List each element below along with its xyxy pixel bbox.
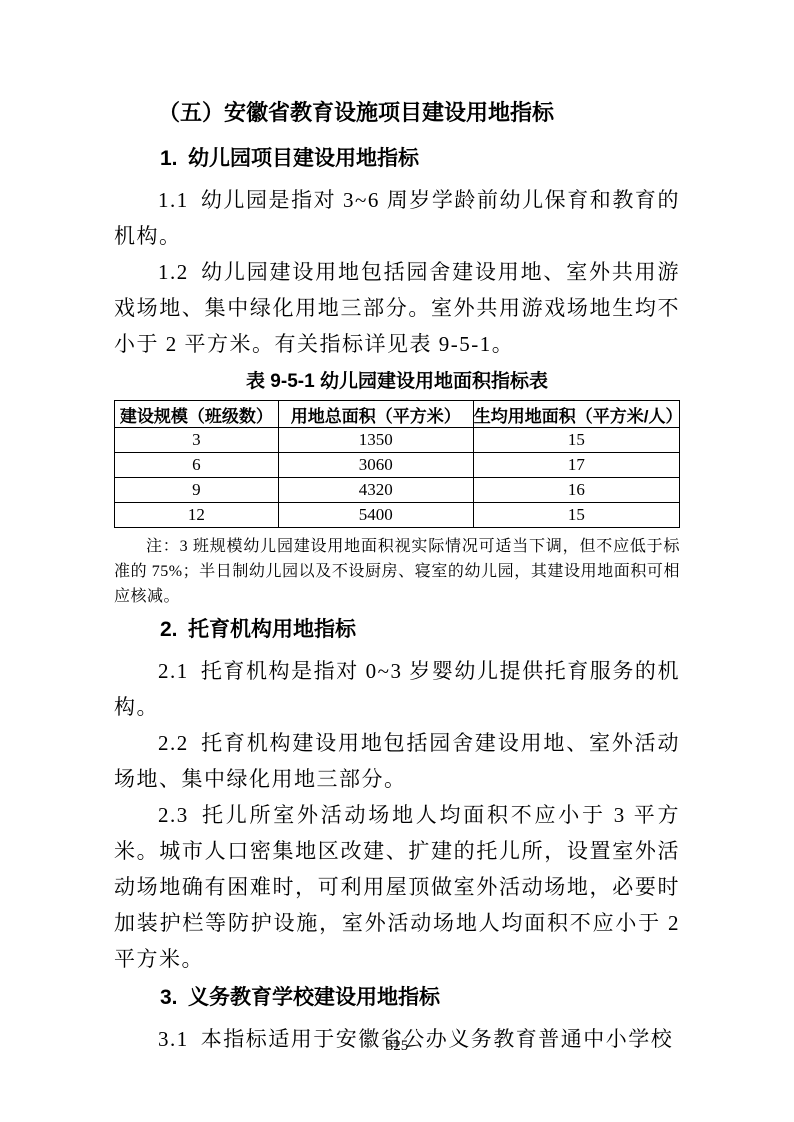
section-2-heading: 2. 托育机构用地指标	[114, 615, 680, 645]
section-1-heading: 1. 幼儿园项目建设用地指标	[114, 144, 680, 174]
table-cell: 17	[473, 453, 679, 478]
table-row: 9 4320 16	[115, 478, 680, 503]
table-cell: 5400	[278, 503, 473, 528]
paragraph-1-2: 1.2 幼儿园建设用地包括园舍建设用地、室外共用游戏场地、集中绿化用地三部分。室…	[114, 254, 680, 362]
table-cell: 15	[473, 428, 679, 453]
table-row: 3 1350 15	[115, 428, 680, 453]
table-header-per-capita: 生均用地面积（平方米/人）	[473, 401, 679, 428]
table-row: 12 5400 15	[115, 503, 680, 528]
table-header-total-area: 用地总面积（平方米）	[278, 401, 473, 428]
table-cell: 15	[473, 503, 679, 528]
paragraph-2-1: 2.1 托育机构是指对 0~3 岁婴幼儿提供托育服务的机构。	[114, 653, 680, 725]
paragraph-2-2: 2.2 托育机构建设用地包括园舍建设用地、室外活动场地、集中绿化用地三部分。	[114, 725, 680, 797]
table-cell: 16	[473, 478, 679, 503]
table-cell: 12	[115, 503, 279, 528]
document-page: （五）安徽省教育设施项目建设用地指标 1. 幼儿园项目建设用地指标 1.1 幼儿…	[0, 0, 794, 1122]
paragraph-2-3: 2.3 托儿所室外活动场地人均面积不应小于 3 平方米。城市人口密集地区改建、扩…	[114, 797, 680, 977]
table-cell: 3060	[278, 453, 473, 478]
paragraph-1-1: 1.1 幼儿园是指对 3~6 周岁学龄前幼儿保育和教育的机构。	[114, 182, 680, 254]
page-number: 325	[0, 1038, 794, 1055]
section-3-heading: 3. 义务教育学校建设用地指标	[114, 983, 680, 1013]
table-cell: 6	[115, 453, 279, 478]
table-row: 6 3060 17	[115, 453, 680, 478]
kindergarten-land-table: 建设规模（班级数） 用地总面积（平方米） 生均用地面积（平方米/人） 3 135…	[114, 400, 680, 528]
table-cell: 1350	[278, 428, 473, 453]
table-cell: 9	[115, 478, 279, 503]
chapter-heading: （五）安徽省教育设施项目建设用地指标	[114, 98, 680, 128]
table-cell: 4320	[278, 478, 473, 503]
table-cell: 3	[115, 428, 279, 453]
table-title: 表 9-5-1 幼儿园建设用地面积指标表	[114, 370, 680, 394]
table-header-scale: 建设规模（班级数）	[115, 401, 279, 428]
table-header-row: 建设规模（班级数） 用地总面积（平方米） 生均用地面积（平方米/人）	[115, 401, 680, 428]
table-note: 注：3 班规模幼儿园建设用地面积视实际情况可适当下调，但不应低于标准的 75%；…	[114, 534, 680, 609]
